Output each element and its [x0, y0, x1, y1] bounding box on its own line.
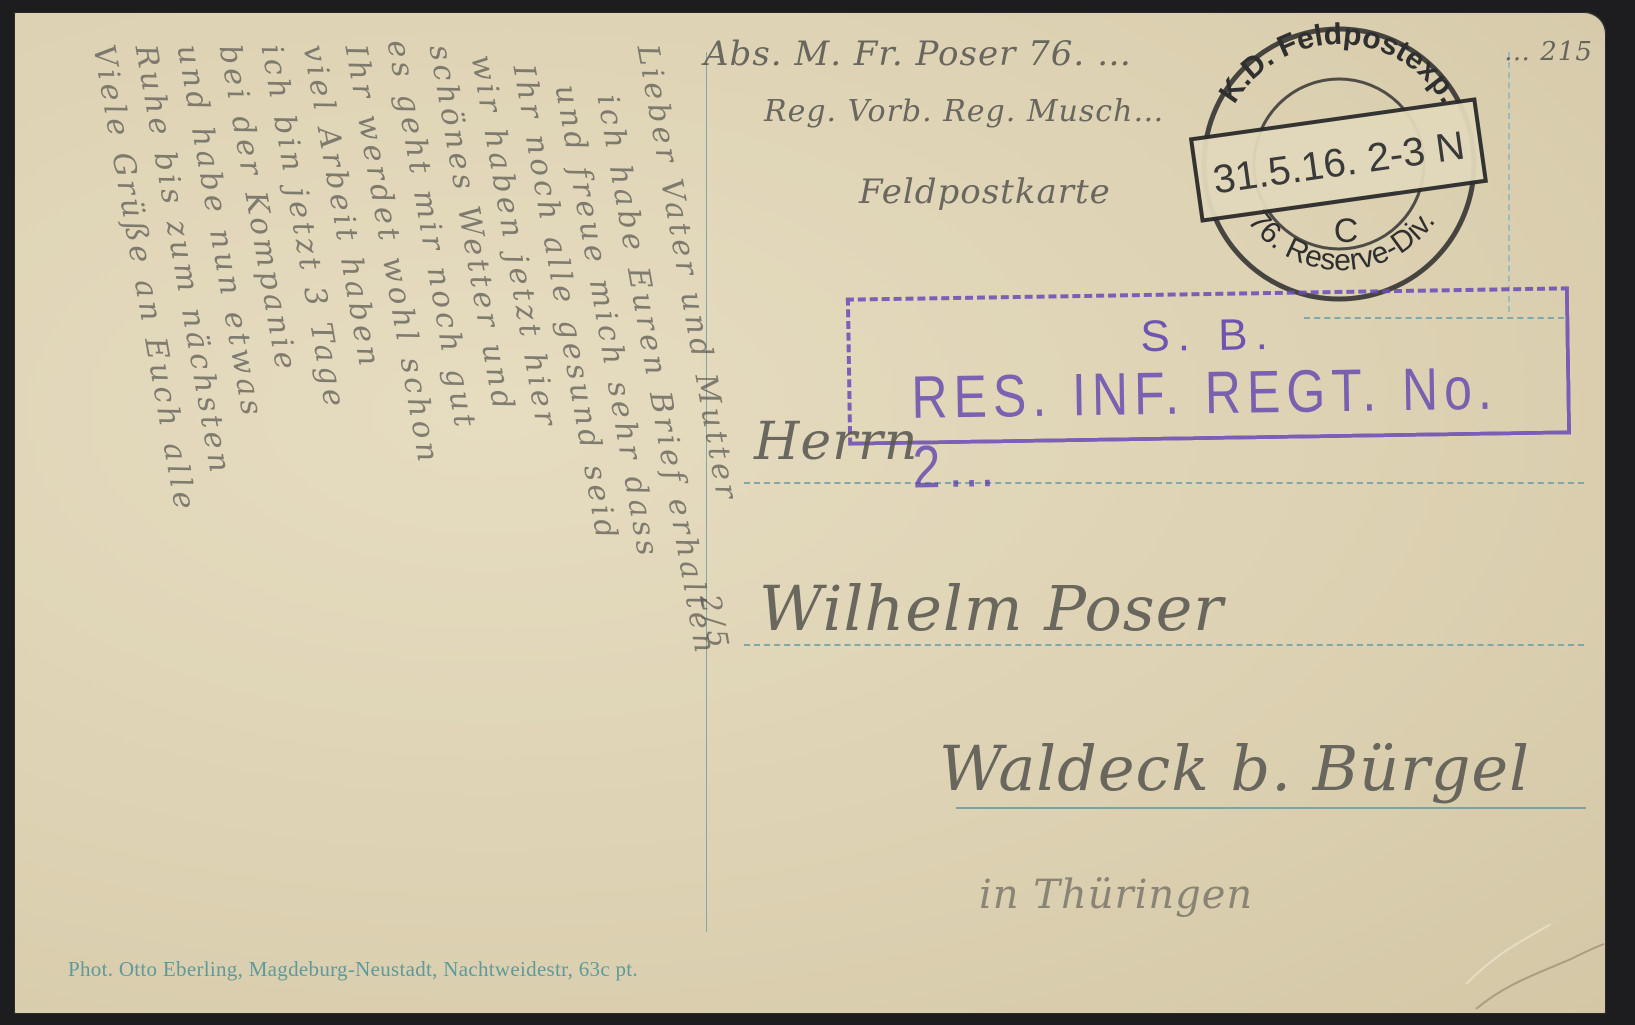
cachet-line-2: RES. INF. REGT. No. 2…	[911, 352, 1568, 501]
address-name: Wilhelm Poser	[759, 572, 1224, 645]
address-region: in Thüringen	[979, 872, 1253, 918]
sender-line-3: Feldpostkarte	[859, 172, 1111, 212]
corner-note: … 215	[1504, 37, 1593, 67]
unit-cachet: S. B. RES. INF. REGT. No. 2…	[846, 286, 1571, 445]
address-place: Waldeck b. Bürgel	[939, 732, 1530, 805]
sender-line-2: Reg. Vorb. Reg. Musch…	[764, 94, 1164, 129]
address-salutation: Herrn	[754, 412, 918, 472]
corner-crease	[1456, 904, 1606, 1014]
postmark-top-arc: K.D. Feldpostexp.	[1213, 18, 1466, 109]
stamp-box-line	[1508, 52, 1510, 312]
address-line-3	[956, 807, 1586, 809]
photographer-imprint: Phot. Otto Eberling, Magdeburg-Neustadt,…	[68, 957, 638, 982]
postmark-cancel: 31.5.16. 2-3 N K.D. Feldpostexp. C 76. R…	[1174, 14, 1504, 304]
sender-line-1: Abs. M. Fr. Poser 76. …	[704, 34, 1132, 74]
postcard: Abs. M. Fr. Poser 76. … Reg. Vorb. Reg. …	[14, 12, 1606, 1014]
